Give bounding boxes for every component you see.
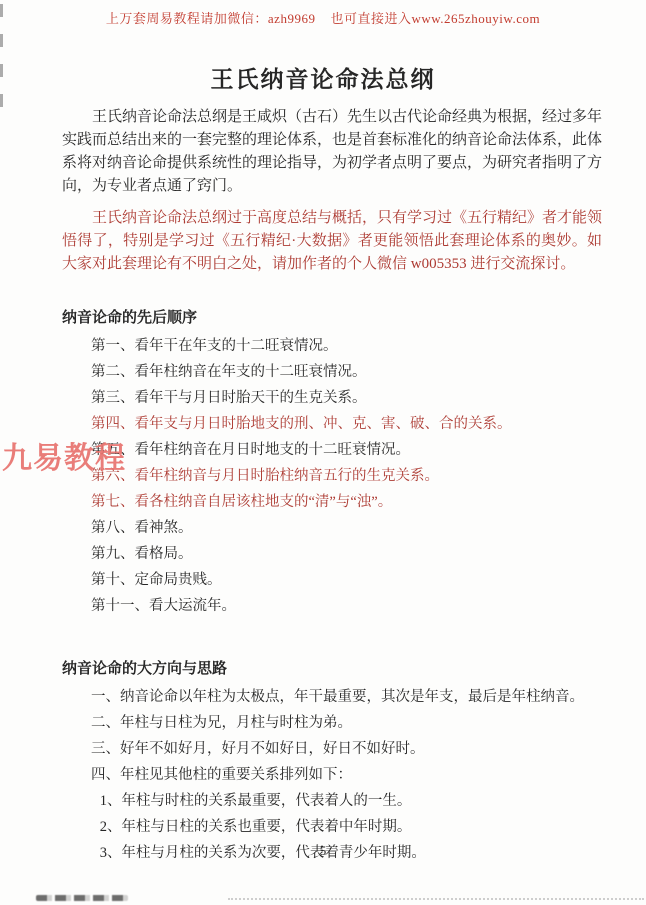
list-item: 第十、定命局贵贱。 — [62, 567, 602, 593]
sections-container: 纳音论命的先后顺序 第一、看年干在年支的十二旺衰情况。第二、看年柱纳音在年支的十… — [62, 306, 602, 866]
page-number: 5 — [0, 843, 646, 859]
list-item: 第三、看年干与月日时胎天干的生克关系。 — [62, 385, 602, 411]
section-items: 一、纳音论命以年柱为太极点，年干最重要，其次是年支，最后是年柱纳音。二、年柱与日… — [62, 684, 602, 866]
list-item: 二、年柱与日柱为兄，月柱与时柱为弟。 — [62, 710, 602, 736]
section: 纳音论命的大方向与思路 一、纳音论命以年柱为太极点，年干最重要，其次是年支，最后… — [62, 657, 602, 866]
list-item: 三、好年不如好月，好月不如好日，好日不如好时。 — [62, 736, 602, 762]
list-item: 四、年柱见其他柱的重要关系排列如下： — [62, 762, 602, 788]
list-item: 第四、看年支与月日时胎地支的刑、冲、克、害、破、合的关系。 — [62, 411, 602, 437]
list-item: 第十一、看大运流年。 — [62, 593, 602, 619]
scan-edge-artifact — [0, 4, 3, 112]
list-item: 第六、看年柱纳音与月日时胎柱纳音五行的生克关系。 — [62, 463, 602, 489]
document-page: 上万套周易教程请加微信：azh9969 也可直接进入www.265zhouyiw… — [0, 0, 646, 866]
paragraph: 王氏纳音论命法总纲过于高度总结与概括，只有学习过《五行精纪》者才能领悟得了，特别… — [62, 207, 602, 276]
section-heading: 纳音论命的大方向与思路 — [62, 657, 602, 678]
paragraph: 王氏纳音论命法总纲是王咸炽（古石）先生以古代论命经典为根据，经过多年实践而总结出… — [62, 106, 602, 198]
section: 纳音论命的先后顺序 第一、看年干在年支的十二旺衰情况。第二、看年柱纳音在年支的十… — [62, 306, 602, 619]
list-item: 2、年柱与日柱的关系也重要，代表着中年时期。 — [62, 814, 602, 840]
intro-paragraphs: 王氏纳音论命法总纲是王咸炽（古石）先生以古代论命经典为根据，经过多年实践而总结出… — [62, 106, 602, 276]
scan-smudge-artifact — [36, 895, 128, 901]
list-item: 第七、看各柱纳音自居该柱地支的“清”与“浊”。 — [62, 489, 602, 515]
list-item: 第二、看年柱纳音在年支的十二旺衰情况。 — [62, 359, 602, 385]
list-item: 一、纳音论命以年柱为太极点，年干最重要，其次是年支，最后是年柱纳音。 — [62, 684, 602, 710]
scan-dotline-artifact — [228, 898, 644, 900]
list-item: 第五、看年柱纳音在月日时地支的十二旺衰情况。 — [62, 437, 602, 463]
document-body: 王氏纳音论命法总纲是王咸炽（古石）先生以古代论命经典为根据，经过多年实践而总结出… — [0, 94, 646, 866]
list-item: 第八、看神煞。 — [62, 515, 602, 541]
list-item: 第一、看年干在年支的十二旺衰情况。 — [62, 333, 602, 359]
section-items: 第一、看年干在年支的十二旺衰情况。第二、看年柱纳音在年支的十二旺衰情况。第三、看… — [62, 333, 602, 619]
document-title: 王氏纳音论命法总纲 — [0, 61, 646, 94]
list-item: 第九、看格局。 — [62, 541, 602, 567]
promo-banner-text: 上万套周易教程请加微信：azh9969 也可直接进入www.265zhouyiw… — [0, 0, 646, 27]
list-item: 1、年柱与时柱的关系最重要，代表着人的一生。 — [62, 788, 602, 814]
section-heading: 纳音论命的先后顺序 — [62, 306, 602, 327]
